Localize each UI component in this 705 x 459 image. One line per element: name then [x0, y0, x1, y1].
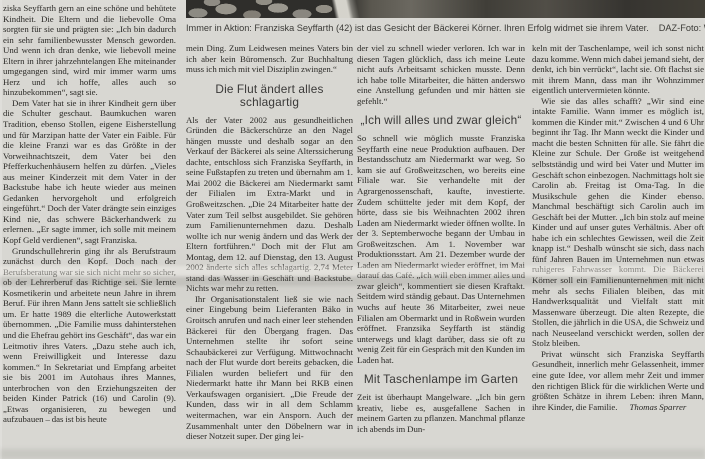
- photo-credit: DAZ-Foto: Wolfgang Sens: [659, 23, 705, 34]
- author-byline: Thomas Sparrer: [629, 402, 686, 412]
- paragraph: So schnell wie möglich musste Franziska …: [357, 133, 525, 365]
- paragraph: der viel zu schnell wieder verloren. Ich…: [357, 43, 525, 106]
- paragraph: Grundschullehrerin ging ihr als Berufstr…: [3, 246, 176, 425]
- paragraph: ziska Seyffarth gern an eine schöne und …: [3, 3, 176, 98]
- paragraph: Zeit ist überhaupt Mangelware. „Ich bin …: [357, 392, 525, 434]
- article-column-1: ziska Seyffarth gern an eine schöne und …: [3, 3, 176, 456]
- paragraph: keln mit der Taschenlampe, weil ich sons…: [532, 43, 704, 96]
- photo-caption: Immer in Aktion: Franziska Seyffarth (42…: [186, 23, 703, 34]
- paragraph: mein Ding. Zum Leidwesen meines Vaters b…: [186, 43, 353, 75]
- paragraph: Ihr Organisationstalent ließ sie wie nac…: [186, 294, 353, 442]
- section-heading-taschenlampe: Mit Taschenlampe im Garten: [357, 373, 525, 386]
- section-heading-alles-und-zwar-gleich: „Ich will alles und zwar gleich“: [357, 114, 525, 127]
- paragraph: Als der Vater 2002 aus gesundheitlichen …: [186, 115, 353, 294]
- article-column-2: mein Ding. Zum Leidwesen meines Vaters b…: [186, 43, 353, 456]
- section-heading-flut: Die Flut ändert alles schlagartig: [186, 83, 353, 109]
- photo-caption-text: Immer in Aktion: Franziska Seyffarth (42…: [186, 23, 649, 34]
- paragraph: Dem Vater hat sie in ihrer Kindheit gern…: [3, 98, 176, 246]
- paragraph: Wie sie das alles schafft? „Wir sind ein…: [532, 96, 704, 349]
- article-photo-cropped: [186, 0, 705, 18]
- article-column-4: keln mit der Taschenlampe, weil ich sons…: [532, 43, 704, 456]
- paragraph: Privat wünscht sich Franziska Seyffarth …: [532, 349, 704, 412]
- newspaper-page: Immer in Aktion: Franziska Seyffarth (42…: [0, 0, 705, 459]
- article-column-3: der viel zu schnell wieder verloren. Ich…: [357, 43, 525, 456]
